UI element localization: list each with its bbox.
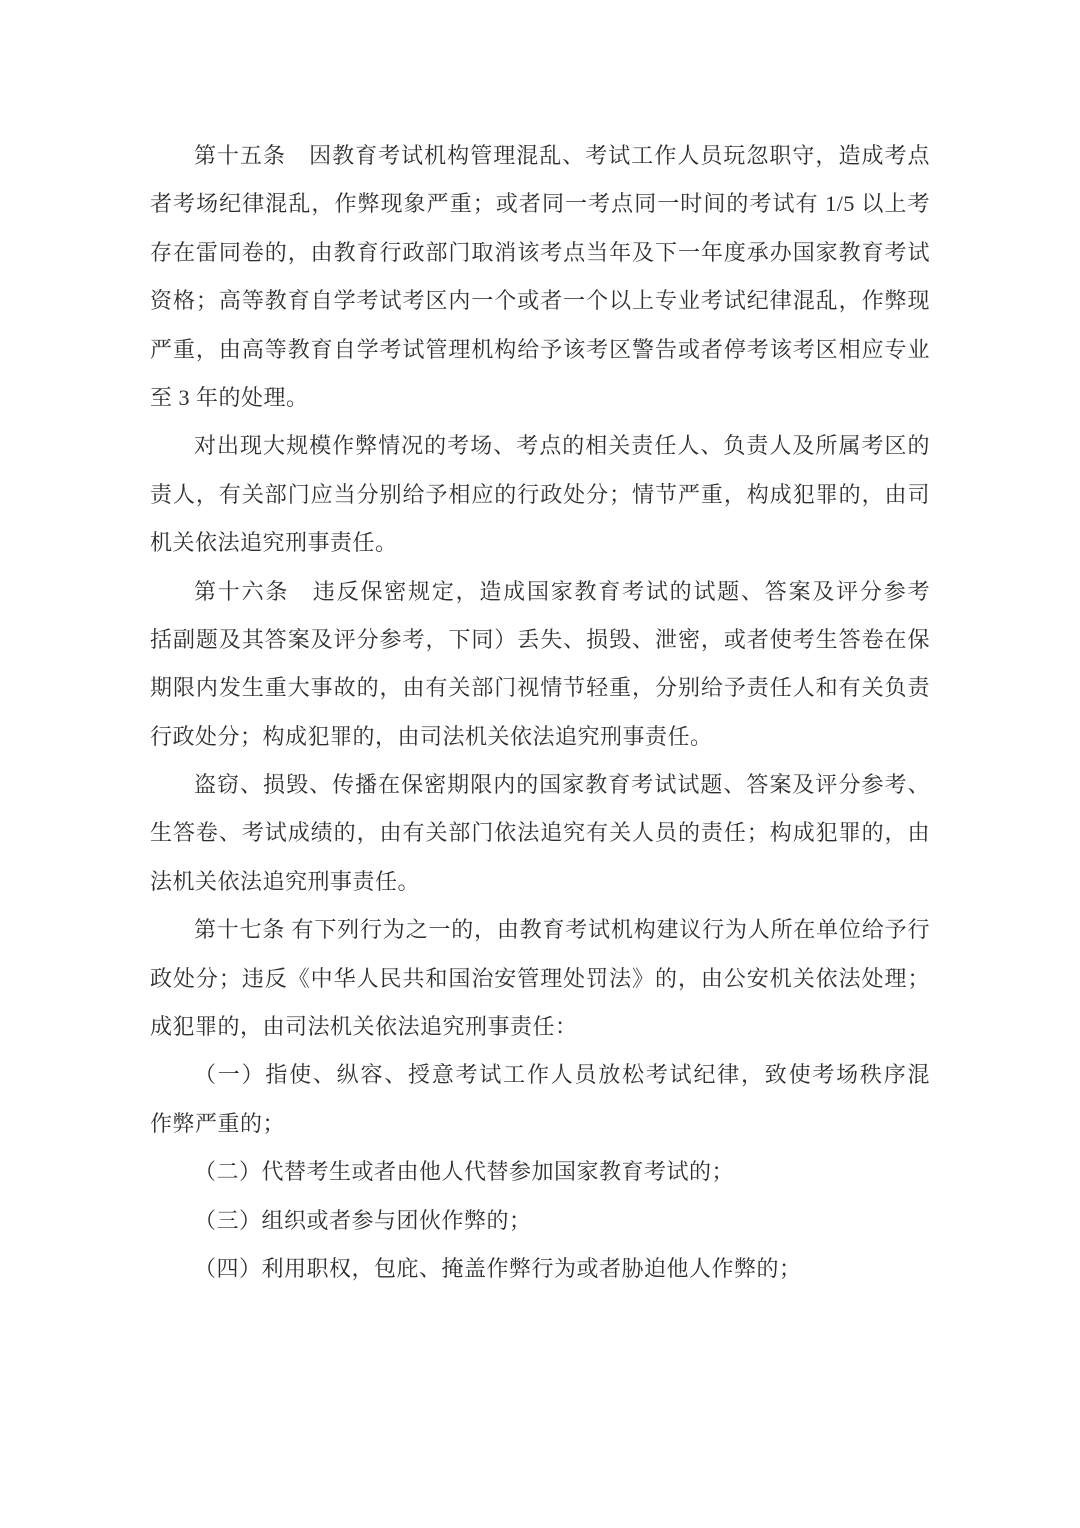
text-line: （三）组织或者参与团伙作弊的； [150,1197,930,1245]
paragraph-article-16-theft: 盗窃、损毁、传播在保密期限内的国家教育考试试题、答案及评分参考、考 生答卷、考试… [150,761,930,906]
text-line: （二）代替考生或者由他人代替参加国家教育考试的； [150,1148,930,1196]
paragraph-article-15: 第十五条 因教育考试机构管理混乱、考试工作人员玩忽职守，造成考点或 者考场纪律混… [150,132,930,422]
text-line: 严重，由高等教育自学考试管理机构给予该考区警告或者停考该考区相应专业 1 [150,326,930,374]
document-page: 第十五条 因教育考试机构管理混乱、考试工作人员玩忽职守，造成考点或 者考场纪律混… [0,0,1080,1528]
text-line: （四）利用职权，包庇、掩盖作弊行为或者胁迫他人作弊的； [150,1245,930,1293]
text-line: 机关依法追究刑事责任。 [150,519,930,567]
text-line: 对出现大规模作弊情况的考场、考点的相关责任人、负责人及所属考区的负 [150,422,930,470]
list-item-article-17-1: （一）指使、纵容、授意考试工作人员放松考试纪律，致使考场秩序混乱、 作弊严重的； [150,1051,930,1148]
list-item-article-17-2: （二）代替考生或者由他人代替参加国家教育考试的； [150,1148,930,1196]
paragraph-article-16: 第十六条 违反保密规定，造成国家教育考试的试题、答案及评分参考（包 括副题及其答… [150,568,930,762]
text-line: 成犯罪的，由司法机关依法追究刑事责任： [150,1003,930,1051]
text-line: 法机关依法追究刑事责任。 [150,858,930,906]
text-line: 资格；高等教育自学考试考区内一个或者一个以上专业考试纪律混乱，作弊现象 [150,277,930,325]
list-item-article-17-3: （三）组织或者参与团伙作弊的； [150,1197,930,1245]
text-line: 者考场纪律混乱，作弊现象严重；或者同一考点同一时间的考试有 1/5 以上考场 [150,180,930,228]
text-line: 生答卷、考试成绩的，由有关部门依法追究有关人员的责任；构成犯罪的，由司 [150,809,930,857]
list-item-article-17-4: （四）利用职权，包庇、掩盖作弊行为或者胁迫他人作弊的； [150,1245,930,1293]
text-line: （一）指使、纵容、授意考试工作人员放松考试纪律，致使考场秩序混乱、 [150,1051,930,1099]
text-line: 至 3 年的处理。 [150,374,930,422]
text-line: 行政处分；构成犯罪的，由司法机关依法追究刑事责任。 [150,713,930,761]
text-line: 第十六条 违反保密规定，造成国家教育考试的试题、答案及评分参考（包 [150,568,930,616]
paragraph-article-15-liability: 对出现大规模作弊情况的考场、考点的相关责任人、负责人及所属考区的负 责人，有关部… [150,422,930,567]
text-line: 期限内发生重大事故的，由有关部门视情节轻重，分别给予责任人和有关负责人 [150,664,930,712]
document-body: 第十五条 因教育考试机构管理混乱、考试工作人员玩忽职守，造成考点或 者考场纪律混… [150,132,930,1293]
text-line: 作弊严重的； [150,1100,930,1148]
text-line: 存在雷同卷的，由教育行政部门取消该考点当年及下一年度承办国家教育考试的 [150,229,930,277]
paragraph-article-17: 第十七条 有下列行为之一的，由教育考试机构建议行为人所在单位给予行 政处分；违反… [150,906,930,1051]
text-line: 第十七条 有下列行为之一的，由教育考试机构建议行为人所在单位给予行 [150,906,930,954]
text-line: 括副题及其答案及评分参考，下同）丢失、损毁、泄密，或者使考生答卷在保密 [150,616,930,664]
text-line: 责人，有关部门应当分别给予相应的行政处分；情节严重，构成犯罪的，由司法 [150,471,930,519]
text-line: 盗窃、损毁、传播在保密期限内的国家教育考试试题、答案及评分参考、考 [150,761,930,809]
text-line: 第十五条 因教育考试机构管理混乱、考试工作人员玩忽职守，造成考点或 [150,132,930,180]
text-line: 政处分；违反《中华人民共和国治安管理处罚法》的，由公安机关依法处理；构 [150,955,930,1003]
